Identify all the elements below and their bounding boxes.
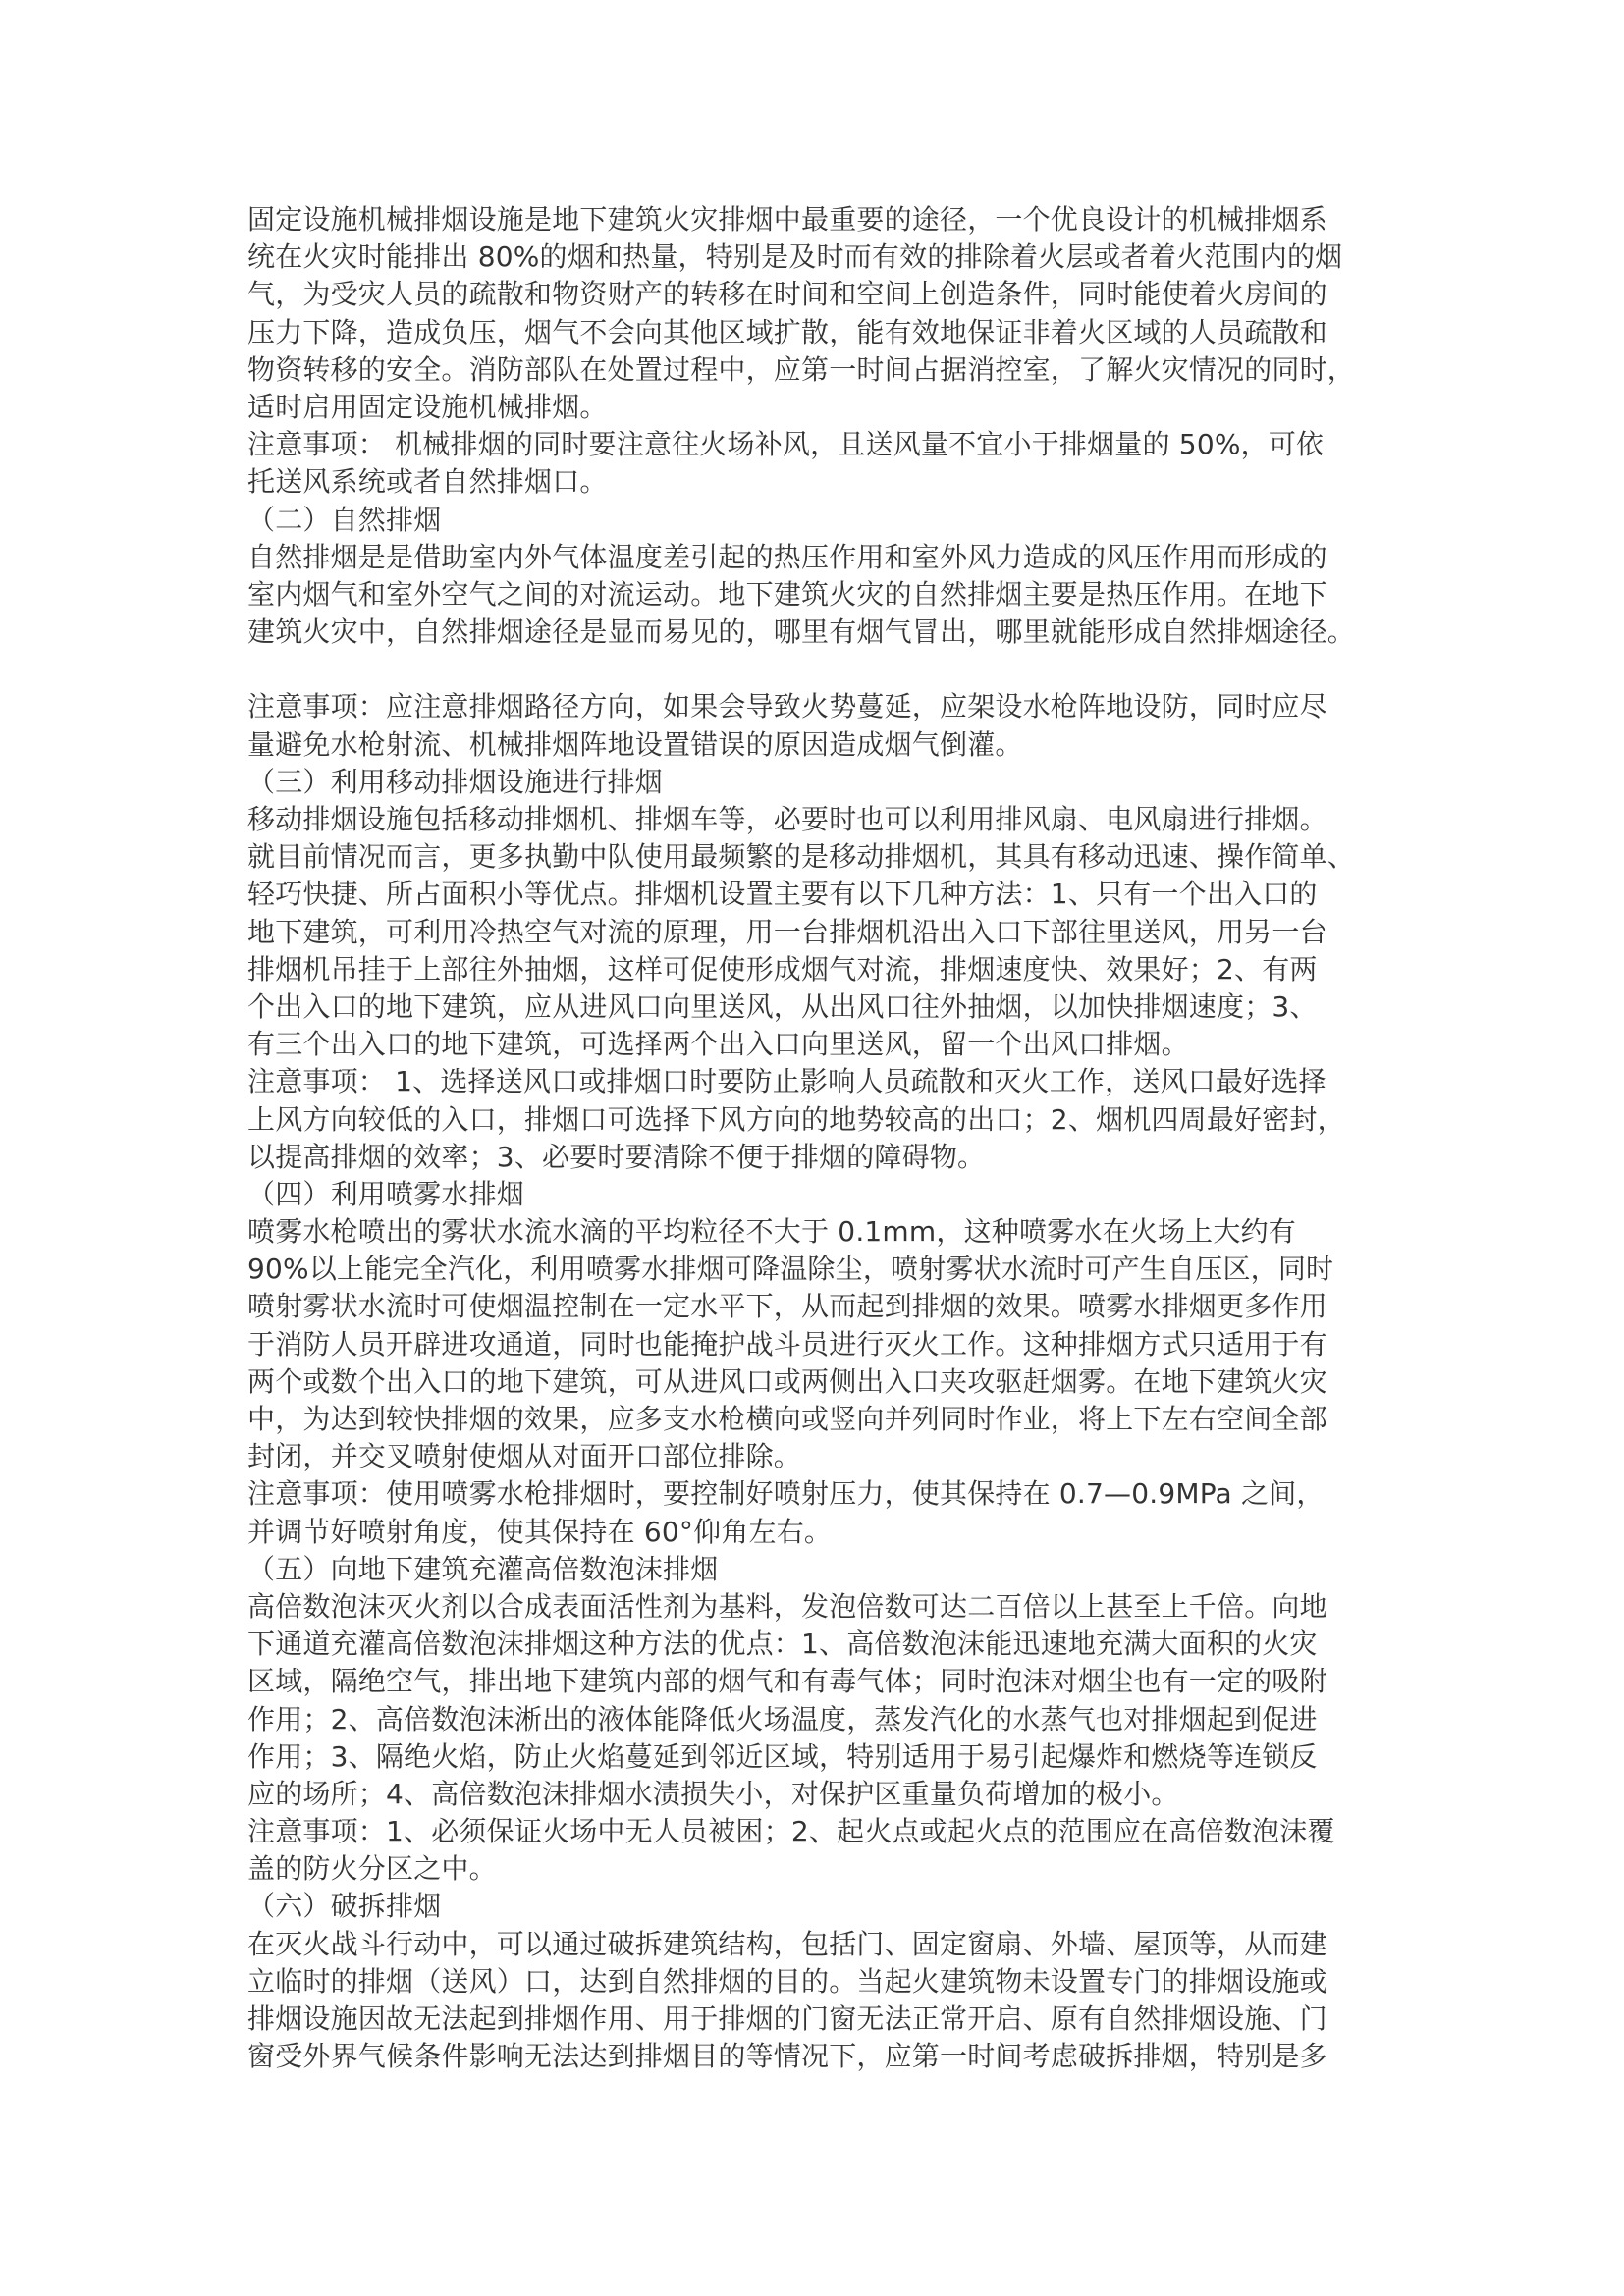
text-line: 轻巧快捷、所占面积小等优点。排烟机设置主要有以下几种方法：1、只有一个出入口的 (247, 876, 1401, 913)
text-line: 两个或数个出入口的地下建筑，可从进风口或两侧出入口夹攻驱赶烟雾。在地下建筑火灾 (247, 1363, 1401, 1401)
text-line: 就目前情况而言，更多执勤中队使用最频繁的是移动排烟机，其具有移动迅速、操作简单、 (247, 838, 1401, 876)
text-line: 气，为受灾人员的疏散和物资财产的转移在时间和空间上创造条件，同时能使着火房间的 (247, 276, 1401, 313)
text-line: 量避免水枪射流、机械排烟阵地设置错误的原因造成烟气倒灌。 (247, 726, 1401, 764)
text-line: 统在火灾时能排出 80%的烟和热量，特别是及时而有效的排除着火层或者着火范围内的… (247, 239, 1401, 276)
paragraph-fixed-mechanical-smoke: 固定设施机械排烟设施是地下建筑火灾排烟中最重要的途径，一个优良设计的机械排烟系 … (247, 201, 1401, 426)
text-line: 下通道充灌高倍数泡沫排烟这种方法的优点：1、高倍数泡沫能迅速地充满大面积的火灾 (247, 1626, 1401, 1663)
section-heading-demolition-smoke: （六）破拆排烟 (247, 1888, 1401, 1925)
text-line: 封闭，并交叉喷射使烟从对面开口部位排除。 (247, 1438, 1401, 1475)
paragraph-mobile-smoke: 移动排烟设施包括移动排烟机、排烟车等，必要时也可以利用排风扇、电风扇进行排烟。 … (247, 801, 1401, 1063)
text-line: 高倍数泡沫灭火剂以合成表面活性剂为基料，发泡倍数可达二百倍以上甚至上千倍。向地 (247, 1588, 1401, 1626)
text-line: 移动排烟设施包括移动排烟机、排烟车等，必要时也可以利用排风扇、电风扇进行排烟。 (247, 801, 1401, 838)
text-line: 于消防人员开辟进攻通道，同时也能掩护战斗员进行灭火工作。这种排烟方式只适用于有 (247, 1326, 1401, 1363)
paragraph-high-expansion-foam: 高倍数泡沫灭火剂以合成表面活性剂为基料，发泡倍数可达二百倍以上甚至上千倍。向地 … (247, 1588, 1401, 1813)
text-line: 并调节好喷射角度，使其保持在 60°仰角左右。 (247, 1514, 1401, 1551)
text-line: 窗受外界气候条件影响无法达到排烟目的等情况下，应第一时间考虑破拆排烟，特别是多 (247, 2038, 1401, 2075)
text-line: 中，为达到较快排烟的效果，应多支水枪横向或竖向并列同时作业，将上下左右空间全部 (247, 1401, 1401, 1438)
section-heading-spray-water: （四）利用喷雾水排烟 (247, 1176, 1401, 1213)
text-line: 注意事项：应注意排烟路径方向，如果会导致火势蔓延，应架设水枪阵地设防，同时应尽 (247, 688, 1401, 725)
text-line: 上风方向较低的入口，排烟口可选择下风方向的地势较高的出口；2、烟机四周最好密封， (247, 1101, 1401, 1139)
paragraph-natural-smoke: 自然排烟是是借助室内外气体温度差引起的热压作用和室外风力造成的风压作用而形成的 … (247, 539, 1401, 652)
text-line: 立临时的排烟（送风）口，达到自然排烟的目的。当起火建筑物未设置专门的排烟设施或 (247, 1963, 1401, 2001)
text-line: 以提高排烟的效率；3、必要时要清除不便于排烟的障碍物。 (247, 1139, 1401, 1176)
text-line: 适时启用固定设施机械排烟。 (247, 389, 1401, 426)
text-line: 排烟机吊挂于上部往外抽烟，这样可促使形成烟气对流，排烟速度快、效果好；2、有两 (247, 951, 1401, 988)
paragraph-spray-water: 喷雾水枪喷出的雾状水流水滴的平均粒径不大于 0.1mm，这种喷雾水在火场上大约有… (247, 1213, 1401, 1475)
note-spray-water: 注意事项：使用喷雾水枪排烟时，要控制好喷射压力，使其保持在 0.7—0.9MPa… (247, 1475, 1401, 1550)
paragraph-demolition-smoke: 在灭火战斗行动中，可以通过破拆建筑结构，包括门、固定窗扇、外墙、屋顶等，从而建 … (247, 1926, 1401, 2076)
blank-line (247, 651, 1401, 688)
text-line: 在灭火战斗行动中，可以通过破拆建筑结构，包括门、固定窗扇、外墙、屋顶等，从而建 (247, 1926, 1401, 1963)
text-line: 固定设施机械排烟设施是地下建筑火灾排烟中最重要的途径，一个优良设计的机械排烟系 (247, 201, 1401, 239)
text-line: 个出入口的地下建筑，应从进风口向里送风，从出风口往外抽烟，以加快排烟速度；3、 (247, 988, 1401, 1026)
text-line: 注意事项： 1、选择送风口或排烟口时要防止影响人员疏散和灭火工作，送风口最好选择 (247, 1063, 1401, 1100)
section-heading-high-expansion-foam: （五）向地下建筑充灌高倍数泡沫排烟 (247, 1551, 1401, 1588)
note-mobile-smoke: 注意事项： 1、选择送风口或排烟口时要防止影响人员疏散和灭火工作，送风口最好选择… (247, 1063, 1401, 1176)
text-line: 应的场所；4、高倍数泡沫排烟水渍损失小，对保护区重量负荷增加的极小。 (247, 1776, 1401, 1813)
text-line: 区域，隔绝空气，排出地下建筑内部的烟气和有毒气体；同时泡沫对烟尘也有一定的吸附 (247, 1663, 1401, 1700)
text-line: 排烟设施因故无法起到排烟作用、用于排烟的门窗无法正常开启、原有自然排烟设施、门 (247, 2001, 1401, 2038)
note-natural-smoke: 注意事项：应注意排烟路径方向，如果会导致火势蔓延，应架设水枪阵地设防，同时应尽 … (247, 688, 1401, 763)
note-high-expansion-foam: 注意事项：1、必须保证火场中无人员被困；2、起火点或起火点的范围应在高倍数泡沫覆… (247, 1813, 1401, 1888)
text-line: 盖的防火分区之中。 (247, 1850, 1401, 1888)
section-heading-natural-smoke: （二）自然排烟 (247, 502, 1401, 539)
text-line: 有三个出入口的地下建筑，可选择两个出入口向里送风，留一个出风口排烟。 (247, 1026, 1401, 1063)
text-line: 地下建筑，可利用冷热空气对流的原理，用一台排烟机沿出入口下部往里送风，用另一台 (247, 914, 1401, 951)
text-line: 注意事项：1、必须保证火场中无人员被困；2、起火点或起火点的范围应在高倍数泡沫覆 (247, 1813, 1401, 1850)
note-mechanical-smoke: 注意事项： 机械排烟的同时要注意往火场补风，且送风量不宜小于排烟量的 50%，可… (247, 426, 1401, 501)
text-line: 托送风系统或者自然排烟口。 (247, 463, 1401, 501)
text-line: 90%以上能完全汽化，利用喷雾水排烟可降温除尘，喷射雾状水流时可产生自压区，同时 (247, 1251, 1401, 1288)
text-line: 室内烟气和室外空气之间的对流运动。地下建筑火灾的自然排烟主要是热压作用。在地下 (247, 576, 1401, 614)
text-line: 物资转移的安全。消防部队在处置过程中，应第一时间占据消控室，了解火灾情况的同时， (247, 351, 1401, 389)
text-line: 喷雾水枪喷出的雾状水流水滴的平均粒径不大于 0.1mm，这种喷雾水在火场上大约有 (247, 1213, 1401, 1251)
section-heading-mobile-smoke: （三）利用移动排烟设施进行排烟 (247, 764, 1401, 801)
text-line: 压力下降，造成负压，烟气不会向其他区域扩散，能有效地保证非着火区域的人员疏散和 (247, 314, 1401, 351)
text-line: 建筑火灾中，自然排烟途径是显而易见的，哪里有烟气冒出，哪里就能形成自然排烟途径。 (247, 614, 1401, 651)
text-line: 作用；3、隔绝火焰，防止火焰蔓延到邻近区域，特别适用于易引起爆炸和燃烧等连锁反 (247, 1738, 1401, 1776)
text-line: 喷射雾状水流时可使烟温控制在一定水平下，从而起到排烟的效果。喷雾水排烟更多作用 (247, 1288, 1401, 1325)
text-line: 注意事项： 机械排烟的同时要注意往火场补风，且送风量不宜小于排烟量的 50%，可… (247, 426, 1401, 463)
text-line: 作用；2、高倍数泡沫淅出的液体能降低火场温度，蒸发汽化的水蒸气也对排烟起到促进 (247, 1701, 1401, 1738)
text-line: 自然排烟是是借助室内外气体温度差引起的热压作用和室外风力造成的风压作用而形成的 (247, 539, 1401, 576)
text-line: 注意事项：使用喷雾水枪排烟时，要控制好喷射压力，使其保持在 0.7—0.9MPa… (247, 1475, 1401, 1513)
document-page: 固定设施机械排烟设施是地下建筑火灾排烟中最重要的途径，一个优良设计的机械排烟系 … (247, 201, 1401, 2075)
